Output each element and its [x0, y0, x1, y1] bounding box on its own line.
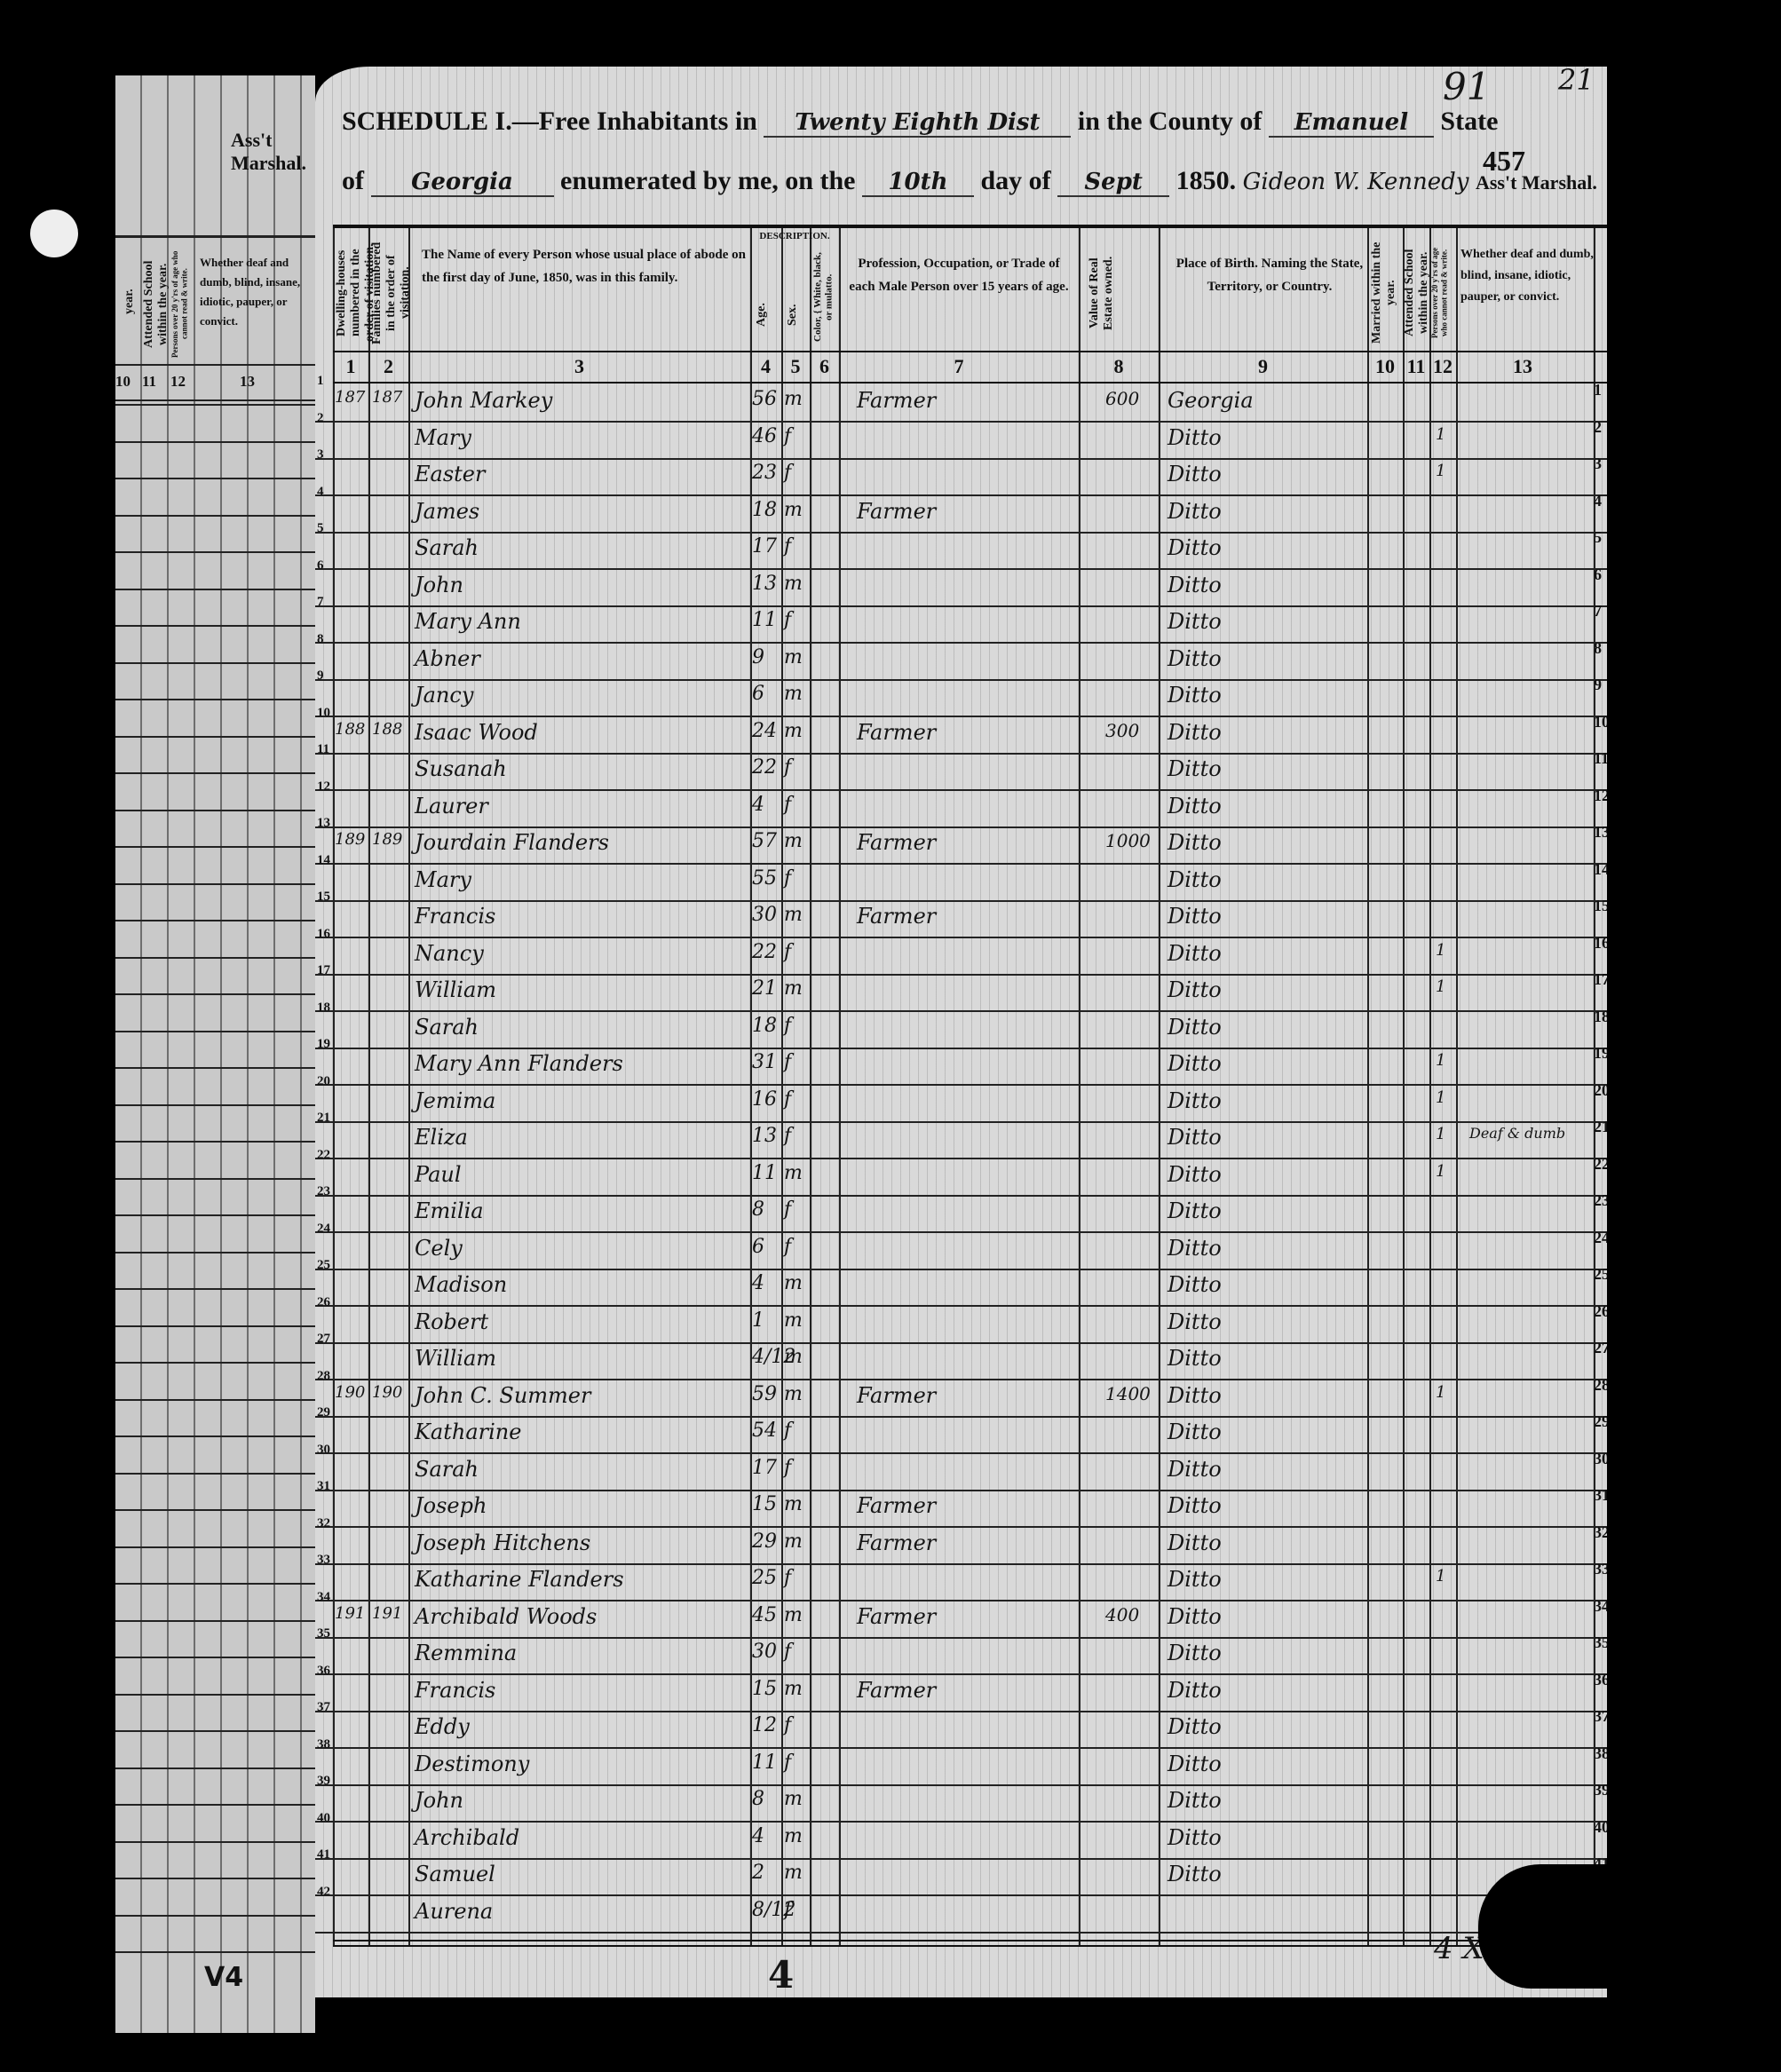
age: 15	[752, 1678, 777, 1700]
county-label: in the County of	[1078, 107, 1263, 136]
strip-row-line	[115, 699, 315, 700]
sex: m	[784, 1530, 803, 1553]
table-row: 8Abner9mDitto8	[315, 643, 1607, 681]
line-number: 21	[317, 1111, 330, 1126]
state-label: State	[1440, 107, 1498, 136]
table-row: 41Samuel2mDitto41	[315, 1858, 1607, 1896]
table-row: 10188188Isaac Wood24mFarmer300Ditto10	[315, 716, 1607, 755]
table-row: 16Nancy22fDitto116	[315, 937, 1607, 976]
birthplace: Ditto	[1168, 1236, 1222, 1261]
age: 4	[752, 1272, 764, 1294]
line-number-right: 9	[1594, 676, 1602, 694]
header-real-estate: Value of Real Estate owned.	[1088, 240, 1120, 346]
strip-row-line	[115, 551, 315, 553]
line-number: 40	[317, 1811, 330, 1826]
line-number: 23	[317, 1184, 330, 1199]
person-name: Jourdain Flanders	[415, 830, 609, 855]
illiterate-mark: 1	[1436, 1088, 1445, 1107]
strip-row-line	[115, 1951, 315, 1953]
birthplace: Ditto	[1168, 1051, 1222, 1076]
birthplace: Ditto	[1168, 830, 1222, 855]
line-number-right: 6	[1594, 565, 1602, 584]
colnum-12: 12	[1429, 355, 1456, 378]
line-number: 7	[317, 595, 324, 610]
birthplace: Ditto	[1168, 1125, 1222, 1150]
title-line-2: of Georgia enumerated by me, on the 10th…	[342, 166, 1597, 197]
sex: f	[784, 1088, 791, 1111]
strip-row-line	[115, 1178, 315, 1180]
birthplace: Ditto	[1168, 867, 1222, 892]
table-row: 19Mary Ann Flanders31fDitto119	[315, 1048, 1607, 1086]
birthplace: Ditto	[1168, 756, 1222, 781]
line-number: 8	[317, 632, 324, 647]
age: 16	[752, 1088, 777, 1111]
right-border	[1607, 0, 1781, 2072]
strip-row-line	[115, 589, 315, 590]
person-name: Remmina	[415, 1641, 517, 1665]
colnum-7: 7	[839, 355, 1079, 378]
line-number: 9	[317, 668, 324, 684]
age: 9	[752, 646, 764, 668]
day-of-label: day of	[980, 166, 1050, 195]
line-number: 24	[317, 1222, 330, 1237]
age: 11	[752, 609, 777, 631]
birthplace: Ditto	[1168, 1420, 1222, 1444]
age: 59	[752, 1383, 777, 1405]
person-name: William	[415, 977, 496, 1002]
table-row: 30Sarah17fDitto30	[315, 1453, 1607, 1491]
sex: m	[784, 830, 803, 852]
table-row: 38Destimony11fDitto38	[315, 1748, 1607, 1786]
dwelling-number: 187	[335, 388, 365, 407]
birthplace: Ditto	[1168, 1714, 1222, 1739]
line-number: 38	[317, 1737, 330, 1752]
birthplace: Ditto	[1168, 1862, 1222, 1886]
birthplace: Ditto	[1168, 1493, 1222, 1518]
strip-row-line	[115, 404, 315, 406]
sex: m	[784, 499, 803, 521]
age: 18	[752, 499, 777, 521]
strip-header-year: year.	[123, 253, 137, 351]
birthplace: Ditto	[1168, 1309, 1222, 1334]
line-number: 34	[317, 1590, 330, 1605]
line-number-right: 3	[1594, 455, 1602, 473]
strip-row-line	[115, 920, 315, 921]
birthplace: Ditto	[1168, 720, 1222, 745]
table-row: 17William21mDitto117	[315, 974, 1607, 1012]
sex: m	[784, 1825, 803, 1847]
person-name: Abner	[415, 646, 480, 671]
sex: f	[784, 1236, 791, 1258]
page-number-handwritten: 91	[1443, 65, 1490, 108]
birthplace: Ditto	[1168, 1162, 1222, 1187]
birthplace: Ditto	[1168, 977, 1222, 1002]
of-label: of	[342, 166, 364, 195]
sex: m	[784, 1383, 803, 1405]
birthplace: Ditto	[1168, 573, 1222, 597]
strip-col-10: 10	[115, 373, 131, 391]
birthplace: Ditto	[1168, 425, 1222, 450]
line-number: 18	[317, 1000, 330, 1016]
occupation: Farmer	[857, 1530, 936, 1555]
sex: m	[784, 904, 803, 926]
line-number: 4	[317, 485, 324, 500]
sex: f	[784, 462, 791, 484]
sex: f	[784, 1051, 791, 1073]
line-number: 17	[317, 963, 330, 978]
person-name: Destimony	[415, 1752, 529, 1776]
strip-row-line	[115, 1804, 315, 1806]
strip-row-line	[115, 1104, 315, 1106]
table-row: 25Madison4mDitto25	[315, 1269, 1607, 1307]
header-description: DESCRIPTION.	[750, 228, 839, 245]
birthplace: Ditto	[1168, 1825, 1222, 1850]
line-number: 5	[317, 521, 324, 536]
illiterate-mark: 1	[1436, 1051, 1445, 1070]
colnum-6: 6	[810, 355, 839, 378]
person-name: Joseph Hitchens	[415, 1530, 590, 1555]
age: 21	[752, 977, 777, 1000]
birthplace: Georgia	[1168, 388, 1254, 413]
strip-row-line	[115, 772, 315, 774]
occupation: Farmer	[857, 1678, 936, 1703]
sex: f	[784, 1457, 791, 1479]
strip-row-line	[115, 883, 315, 885]
line-number: 20	[317, 1074, 330, 1089]
person-name: Emilia	[415, 1198, 484, 1223]
age: 23	[752, 462, 777, 484]
person-name: Sarah	[415, 1457, 479, 1482]
age: 6	[752, 683, 764, 705]
sex: m	[784, 646, 803, 668]
table-row: 21Eliza13fDitto1Deaf & dumb21	[315, 1121, 1607, 1159]
strip-row-line	[115, 1657, 315, 1658]
family-number: 191	[372, 1604, 402, 1623]
header-condition: Whether deaf and dumb, blind, insane, id…	[1460, 244, 1594, 307]
strip-row-line	[115, 625, 315, 627]
sex: f	[784, 1125, 791, 1147]
district-field: Twenty Eighth Dist	[764, 109, 1071, 138]
person-name: Easter	[415, 462, 485, 486]
bottom-rule-1	[333, 1940, 1594, 1942]
strip-row-line	[115, 515, 315, 517]
line-number: 42	[317, 1885, 330, 1900]
sex: f	[784, 1198, 791, 1221]
strip-header-school: Attended School within the year.	[142, 249, 170, 360]
colnum-11: 11	[1403, 355, 1429, 378]
line-number: 41	[317, 1847, 330, 1862]
line-number: 25	[317, 1258, 330, 1273]
header-color: Color, { White, black, or mulatto.	[812, 249, 837, 346]
strip-tally: V4	[204, 1962, 243, 1993]
age: 46	[752, 425, 777, 447]
table-row: 1187187John Markey56mFarmer600Georgia1	[315, 384, 1607, 423]
family-number: 188	[372, 720, 402, 739]
sex: m	[784, 1346, 803, 1368]
occupation: Farmer	[857, 1383, 936, 1408]
line-number: 22	[317, 1148, 330, 1163]
table-row: 35Remmina30fDitto35	[315, 1637, 1607, 1675]
birthplace: Ditto	[1168, 1272, 1222, 1297]
strip-row-line	[115, 441, 315, 443]
line-number-right: 2	[1594, 418, 1602, 437]
header-occupation: Profession, Occupation, or Trade of each…	[848, 253, 1070, 298]
strip-row-line	[115, 1473, 315, 1475]
birthplace: Ditto	[1168, 1530, 1222, 1555]
strip-row-line	[115, 1067, 315, 1069]
line-number: 36	[317, 1664, 330, 1679]
table-row: 34191191Archibald Woods45mFarmer400Ditto…	[315, 1601, 1607, 1639]
line-number: 39	[317, 1774, 330, 1789]
line-number-right: 4	[1594, 492, 1602, 510]
family-number: 189	[372, 830, 402, 849]
age: 17	[752, 535, 777, 558]
person-name: Joseph	[415, 1493, 487, 1518]
sex: m	[784, 683, 803, 705]
line-number-right: 7	[1594, 602, 1602, 621]
table-row: 36Francis15mFarmerDitto36	[315, 1674, 1607, 1712]
county-field: Emanuel	[1269, 109, 1434, 138]
right-tally: 4 X	[1434, 1931, 1484, 1966]
colnum-13: 13	[1456, 355, 1589, 378]
dwelling-number: 188	[335, 720, 365, 739]
header-family: Families numbered in the order of visita…	[370, 240, 402, 346]
sex: f	[784, 756, 791, 779]
person-name: Katharine	[415, 1420, 521, 1444]
dwelling-number: 190	[335, 1383, 365, 1402]
header-age: Age.	[755, 289, 774, 342]
person-name: Francis	[415, 1678, 495, 1703]
occupation: Farmer	[857, 1604, 936, 1629]
person-name: Eddy	[415, 1714, 470, 1739]
sex: m	[784, 1862, 803, 1884]
colnum-9: 9	[1159, 355, 1367, 378]
table-row: 6John13mDitto6	[315, 569, 1607, 607]
occupation: Farmer	[857, 830, 936, 855]
colnum-5: 5	[781, 355, 810, 378]
sex: f	[784, 1714, 791, 1736]
strip-row-line	[115, 1694, 315, 1696]
strip-row-line	[115, 1768, 315, 1769]
line-number: 13	[317, 816, 330, 831]
birthplace: Ditto	[1168, 1567, 1222, 1592]
hole-punch	[30, 210, 78, 257]
person-name: Aurena	[415, 1899, 493, 1924]
strip-row-line	[115, 1546, 315, 1548]
birthplace: Ditto	[1168, 1198, 1222, 1223]
person-name: Jemima	[415, 1088, 495, 1113]
line-number: 1	[317, 374, 324, 389]
header-rule	[333, 225, 1607, 228]
occupation: Farmer	[857, 499, 936, 524]
sex: f	[784, 1641, 791, 1663]
table-row: 24Cely6fDitto24	[315, 1232, 1607, 1270]
table-row: 15Francis30mFarmerDitto15	[315, 900, 1607, 938]
line-number: 10	[317, 706, 330, 721]
sex: f	[784, 1567, 791, 1589]
table-row: 42Aurena8/12f42	[315, 1895, 1607, 1934]
occupation: Farmer	[857, 388, 936, 413]
sex: f	[784, 1420, 791, 1442]
line-number: 15	[317, 890, 330, 905]
age: 57	[752, 830, 777, 852]
birthplace: Ditto	[1168, 535, 1222, 560]
sex: f	[784, 867, 791, 890]
strip-rule	[115, 399, 315, 401]
table-row: 9Jancy6mDitto9	[315, 679, 1607, 717]
table-row: 22Paul11mDitto122	[315, 1159, 1607, 1197]
birthplace: Ditto	[1168, 462, 1222, 486]
table-row: 7Mary Ann11fDitto7	[315, 605, 1607, 644]
birthplace: Ditto	[1168, 1088, 1222, 1113]
person-name: Samuel	[415, 1862, 495, 1886]
sex: f	[784, 941, 791, 963]
strip-row-line	[115, 1141, 315, 1143]
age: 11	[752, 1162, 777, 1184]
colnum-10: 10	[1367, 355, 1403, 378]
colnum-2: 2	[368, 355, 408, 378]
enumerated-label: enumerated by me, on the	[560, 166, 855, 195]
table-row: 20Jemima16fDitto120	[315, 1085, 1607, 1123]
sex: m	[784, 1678, 803, 1700]
strip-row-line	[115, 736, 315, 738]
person-name: Francis	[415, 904, 495, 929]
table-row: 26Robert1mDitto26	[315, 1306, 1607, 1344]
birthplace: Ditto	[1168, 1604, 1222, 1629]
line-number-right: 1	[1594, 381, 1602, 399]
age: 13	[752, 573, 777, 595]
strip-col-13: 13	[240, 373, 255, 391]
person-name: Paul	[415, 1162, 462, 1187]
strip-row-line	[115, 1841, 315, 1843]
strip-row-line	[115, 1730, 315, 1732]
table-row: 23Emilia8fDitto23	[315, 1195, 1607, 1233]
person-name: John	[415, 1788, 463, 1813]
title-line-1: SCHEDULE I.—Free Inhabitants in Twenty E…	[342, 107, 1498, 138]
sex: f	[784, 1899, 791, 1921]
birthplace: Ditto	[1168, 1015, 1222, 1040]
age: 8	[752, 1788, 764, 1810]
family-number: 187	[372, 388, 402, 407]
person-name: Sarah	[415, 535, 479, 560]
schedule-title: SCHEDULE I.—Free Inhabitants in	[342, 107, 757, 136]
strip-row-line	[115, 846, 315, 848]
birthplace: Ditto	[1168, 1457, 1222, 1482]
header-dwelling: Dwelling-houses numbered in the order of…	[335, 240, 367, 346]
line-number: 11	[317, 742, 329, 757]
strip-row-line	[115, 1362, 315, 1364]
sex: f	[784, 1752, 791, 1774]
sex: f	[784, 535, 791, 558]
table-row: 40Archibald4mDitto40	[315, 1822, 1607, 1860]
real-estate-value: 600	[1105, 388, 1139, 409]
table-row: 14Mary55fDitto14	[315, 864, 1607, 902]
sex: f	[784, 609, 791, 631]
person-name: Sarah	[415, 1015, 479, 1040]
line-number: 31	[317, 1479, 330, 1494]
illiterate-mark: 1	[1436, 1383, 1445, 1402]
strip-header-persons: Persons over 20 y'rs of age who cannot r…	[170, 249, 195, 360]
census-page: SCHEDULE I.—Free Inhabitants in Twenty E…	[315, 67, 1607, 1997]
illiterate-mark: 1	[1436, 977, 1445, 996]
strip-row-line	[115, 1915, 315, 1917]
line-number: 32	[317, 1516, 330, 1531]
strip-row-line	[115, 957, 315, 959]
table-row: 3Easter23fDitto13	[315, 458, 1607, 496]
header-married: Married within the year.	[1370, 240, 1400, 346]
sex: f	[784, 1015, 791, 1037]
person-name: Robert	[415, 1309, 488, 1334]
illiterate-mark: 1	[1436, 1162, 1445, 1181]
dwelling-number: 189	[335, 830, 365, 849]
header-school: Attended School within the year.	[1403, 240, 1429, 346]
person-name: Isaac Wood	[415, 720, 538, 745]
sex: m	[784, 388, 803, 410]
age: 4	[752, 794, 764, 816]
strip-row-line	[115, 478, 315, 479]
condition-note: Deaf & dumb	[1469, 1125, 1565, 1142]
age: 1	[752, 1309, 764, 1332]
real-estate-value: 1000	[1105, 830, 1151, 851]
person-name: John C. Summer	[415, 1383, 590, 1408]
person-name: Eliza	[415, 1125, 468, 1150]
line-number: 35	[317, 1626, 330, 1641]
line-number: 26	[317, 1295, 330, 1310]
occupation: Farmer	[857, 904, 936, 929]
dwelling-number: 191	[335, 1604, 365, 1623]
strip-rule	[115, 364, 315, 366]
table-row: 27William4/12mDitto27	[315, 1342, 1607, 1380]
person-name: Madison	[415, 1272, 507, 1297]
strip-header-deaf: Whether deaf and dumb, blind, insane, id…	[200, 253, 306, 331]
header-sex: Sex.	[786, 289, 805, 342]
illiterate-mark: 1	[1436, 462, 1445, 480]
state-field: Georgia	[371, 169, 554, 197]
line-number: 3	[317, 447, 324, 463]
birthplace: Ditto	[1168, 1383, 1222, 1408]
age: 2	[752, 1862, 764, 1884]
person-name: Archibald Woods	[415, 1604, 597, 1629]
age: 31	[752, 1051, 777, 1073]
table-row: 28190190John C. Summer59mFarmer1400Ditto…	[315, 1380, 1607, 1418]
age: 8	[752, 1198, 764, 1221]
birthplace: Ditto	[1168, 941, 1222, 966]
table-row: 32Joseph Hitchens29mFarmerDitto32	[315, 1527, 1607, 1565]
table-row: 2Mary46fDitto12	[315, 422, 1607, 460]
birthplace: Ditto	[1168, 794, 1222, 819]
table-row: 29Katharine54fDitto29	[315, 1416, 1607, 1454]
table-row: 18Sarah18fDitto18	[315, 1011, 1607, 1049]
number-row-rule	[333, 382, 1607, 384]
sex: f	[784, 794, 791, 816]
birthplace: Ditto	[1168, 1678, 1222, 1703]
colnum-3: 3	[408, 355, 750, 378]
strip-rule	[115, 235, 315, 238]
age: 45	[752, 1604, 777, 1626]
line-number-right: 8	[1594, 639, 1602, 658]
person-name: Susanah	[415, 756, 507, 781]
adjacent-page-strip: Ass't Marshal. year. Attended School wit…	[115, 75, 315, 2033]
person-name: Cely	[415, 1236, 463, 1261]
age: 30	[752, 904, 777, 926]
sex: m	[784, 1788, 803, 1810]
age: 22	[752, 941, 777, 963]
birthplace: Ditto	[1168, 904, 1222, 929]
strip-row-line	[115, 1435, 315, 1437]
birthplace: Ditto	[1168, 1752, 1222, 1776]
strip-row-line	[115, 1214, 315, 1216]
person-name: James	[415, 499, 479, 524]
